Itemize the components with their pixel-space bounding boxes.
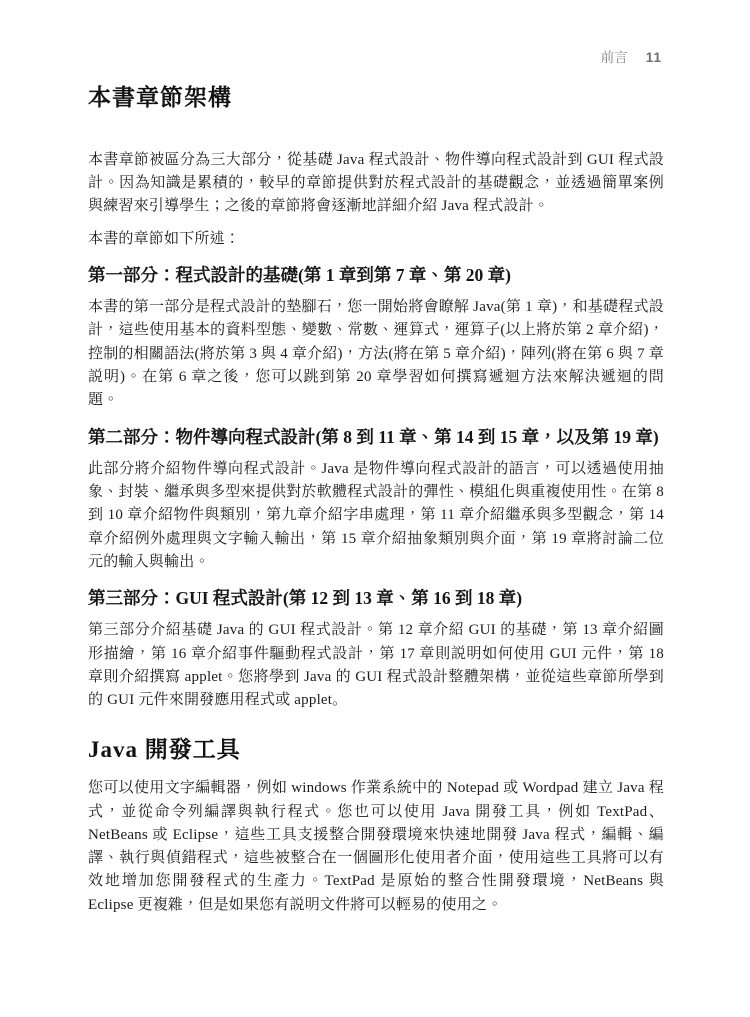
running-header: 前言 11 bbox=[601, 46, 662, 66]
page-number: 11 bbox=[646, 50, 662, 65]
tools-paragraph: 您可以使用文字編輯器，例如 windows 作業系統中的 Notepad 或 W… bbox=[88, 777, 664, 917]
part2-heading: 第二部分：物件導向程式設計(第 8 到 11 章、第 14 到 15 章，以及第… bbox=[88, 424, 664, 451]
chapter-label: 前言 bbox=[601, 46, 628, 66]
lead-in-line: 本書的章節如下所述： bbox=[88, 228, 664, 251]
part3-heading: 第三部分：GUI 程式設計(第 12 到 13 章、第 16 到 18 章) bbox=[88, 585, 664, 612]
section-title-java-tools: Java 開發工具 bbox=[88, 736, 664, 765]
part3-paragraph: 第三部分介紹基礎 Java 的 GUI 程式設計。第 12 章介紹 GUI 的基… bbox=[88, 619, 664, 712]
intro-paragraph: 本書章節被區分為三大部分，從基礎 Java 程式設計、物件導向程式設計到 GUI… bbox=[88, 149, 664, 219]
part2-paragraph: 此部分將介紹物件導向程式設計。Java 是物件導向程式設計的語言，可以透過使用抽… bbox=[88, 458, 664, 574]
section-title-book-structure: 本書章節架構 bbox=[88, 84, 664, 113]
part1-paragraph: 本書的第一部分是程式設計的墊腳石，您一開始將會瞭解 Java(第 1 章)，和基… bbox=[88, 296, 664, 412]
part1-heading: 第一部分：程式設計的基礎(第 1 章到第 7 章、第 20 章) bbox=[88, 262, 664, 289]
book-page: 前言 11 本書章節架構 本書章節被區分為三大部分，從基礎 Java 程式設計、… bbox=[0, 0, 750, 1017]
page-content: 本書章節架構 本書章節被區分為三大部分，從基礎 Java 程式設計、物件導向程式… bbox=[88, 84, 664, 926]
